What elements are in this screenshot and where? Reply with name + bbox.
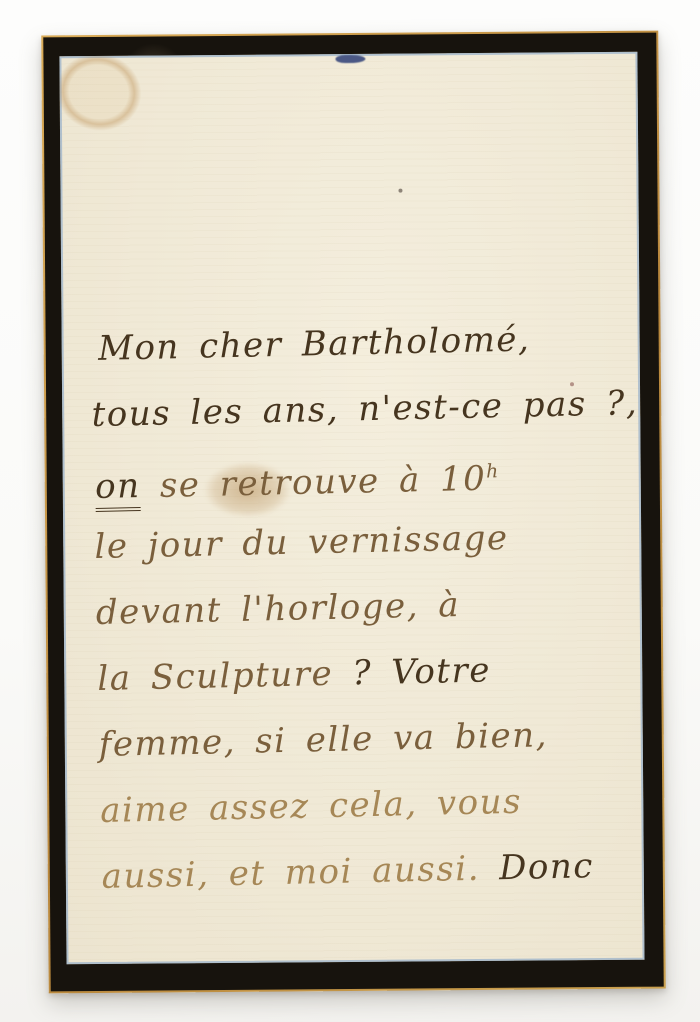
- photo-backdrop: Mon cher Bartholomé, tous les ans, n'est…: [0, 0, 700, 1022]
- handwriting-segment: femme, si elle va bien,: [98, 715, 548, 765]
- handwriting-segment: devant l'horloge, à: [95, 585, 460, 633]
- handwriting-segment: aussi, et moi aussi.: [101, 848, 499, 897]
- handwritten-line: devant l'horloge, à: [95, 568, 640, 646]
- handwriting-segment: on: [95, 466, 141, 512]
- gilt-edge: Mon cher Bartholomé, tous les ans, n'est…: [41, 31, 666, 994]
- handwritten-line: tous les ans, n'est-ce pas ?,: [91, 370, 636, 448]
- handwriting-segment: Mon cher Bartholomé,: [98, 319, 531, 368]
- handwriting-segment: ? Votre: [333, 650, 492, 693]
- paper-speck: [398, 189, 402, 193]
- letter-paper: Mon cher Bartholomé, tous les ans, n'est…: [59, 52, 644, 965]
- handwritten-line: Mon cher Bartholomé,: [97, 304, 634, 382]
- handwriting-segment: se retrouve à 10: [140, 459, 487, 507]
- stain-ring: [59, 52, 157, 148]
- blue-ink-mark: [335, 55, 365, 63]
- handwritten-line: on se retrouve à 10h: [94, 436, 637, 514]
- handwritten-line: femme, si elle va bien,: [98, 700, 643, 778]
- handwritten-line: aussi, et moi aussi. Donc: [101, 832, 645, 910]
- letter-card: Mon cher Bartholomé, tous les ans, n'est…: [41, 31, 666, 994]
- handwriting-segment: le jour du vernissage: [94, 518, 509, 567]
- handwriting-segment: Donc: [499, 846, 595, 888]
- handwritten-text: Mon cher Bartholomé, tous les ans, n'est…: [89, 304, 644, 910]
- handwriting-segment: tous les ans, n'est-ce pas ?,: [91, 383, 638, 435]
- handwritten-line: aime assez cela, vous: [100, 766, 645, 844]
- handwritten-line: le jour du vernissage: [94, 502, 639, 580]
- handwriting-segment: la Sculpture: [97, 654, 334, 699]
- mourning-border: Mon cher Bartholomé, tous les ans, n'est…: [43, 33, 663, 992]
- handwriting-segment: aime assez cela, vous: [100, 782, 523, 831]
- handwriting-segment: h: [486, 461, 499, 482]
- handwritten-line: la Sculpture ? Votre: [97, 634, 642, 712]
